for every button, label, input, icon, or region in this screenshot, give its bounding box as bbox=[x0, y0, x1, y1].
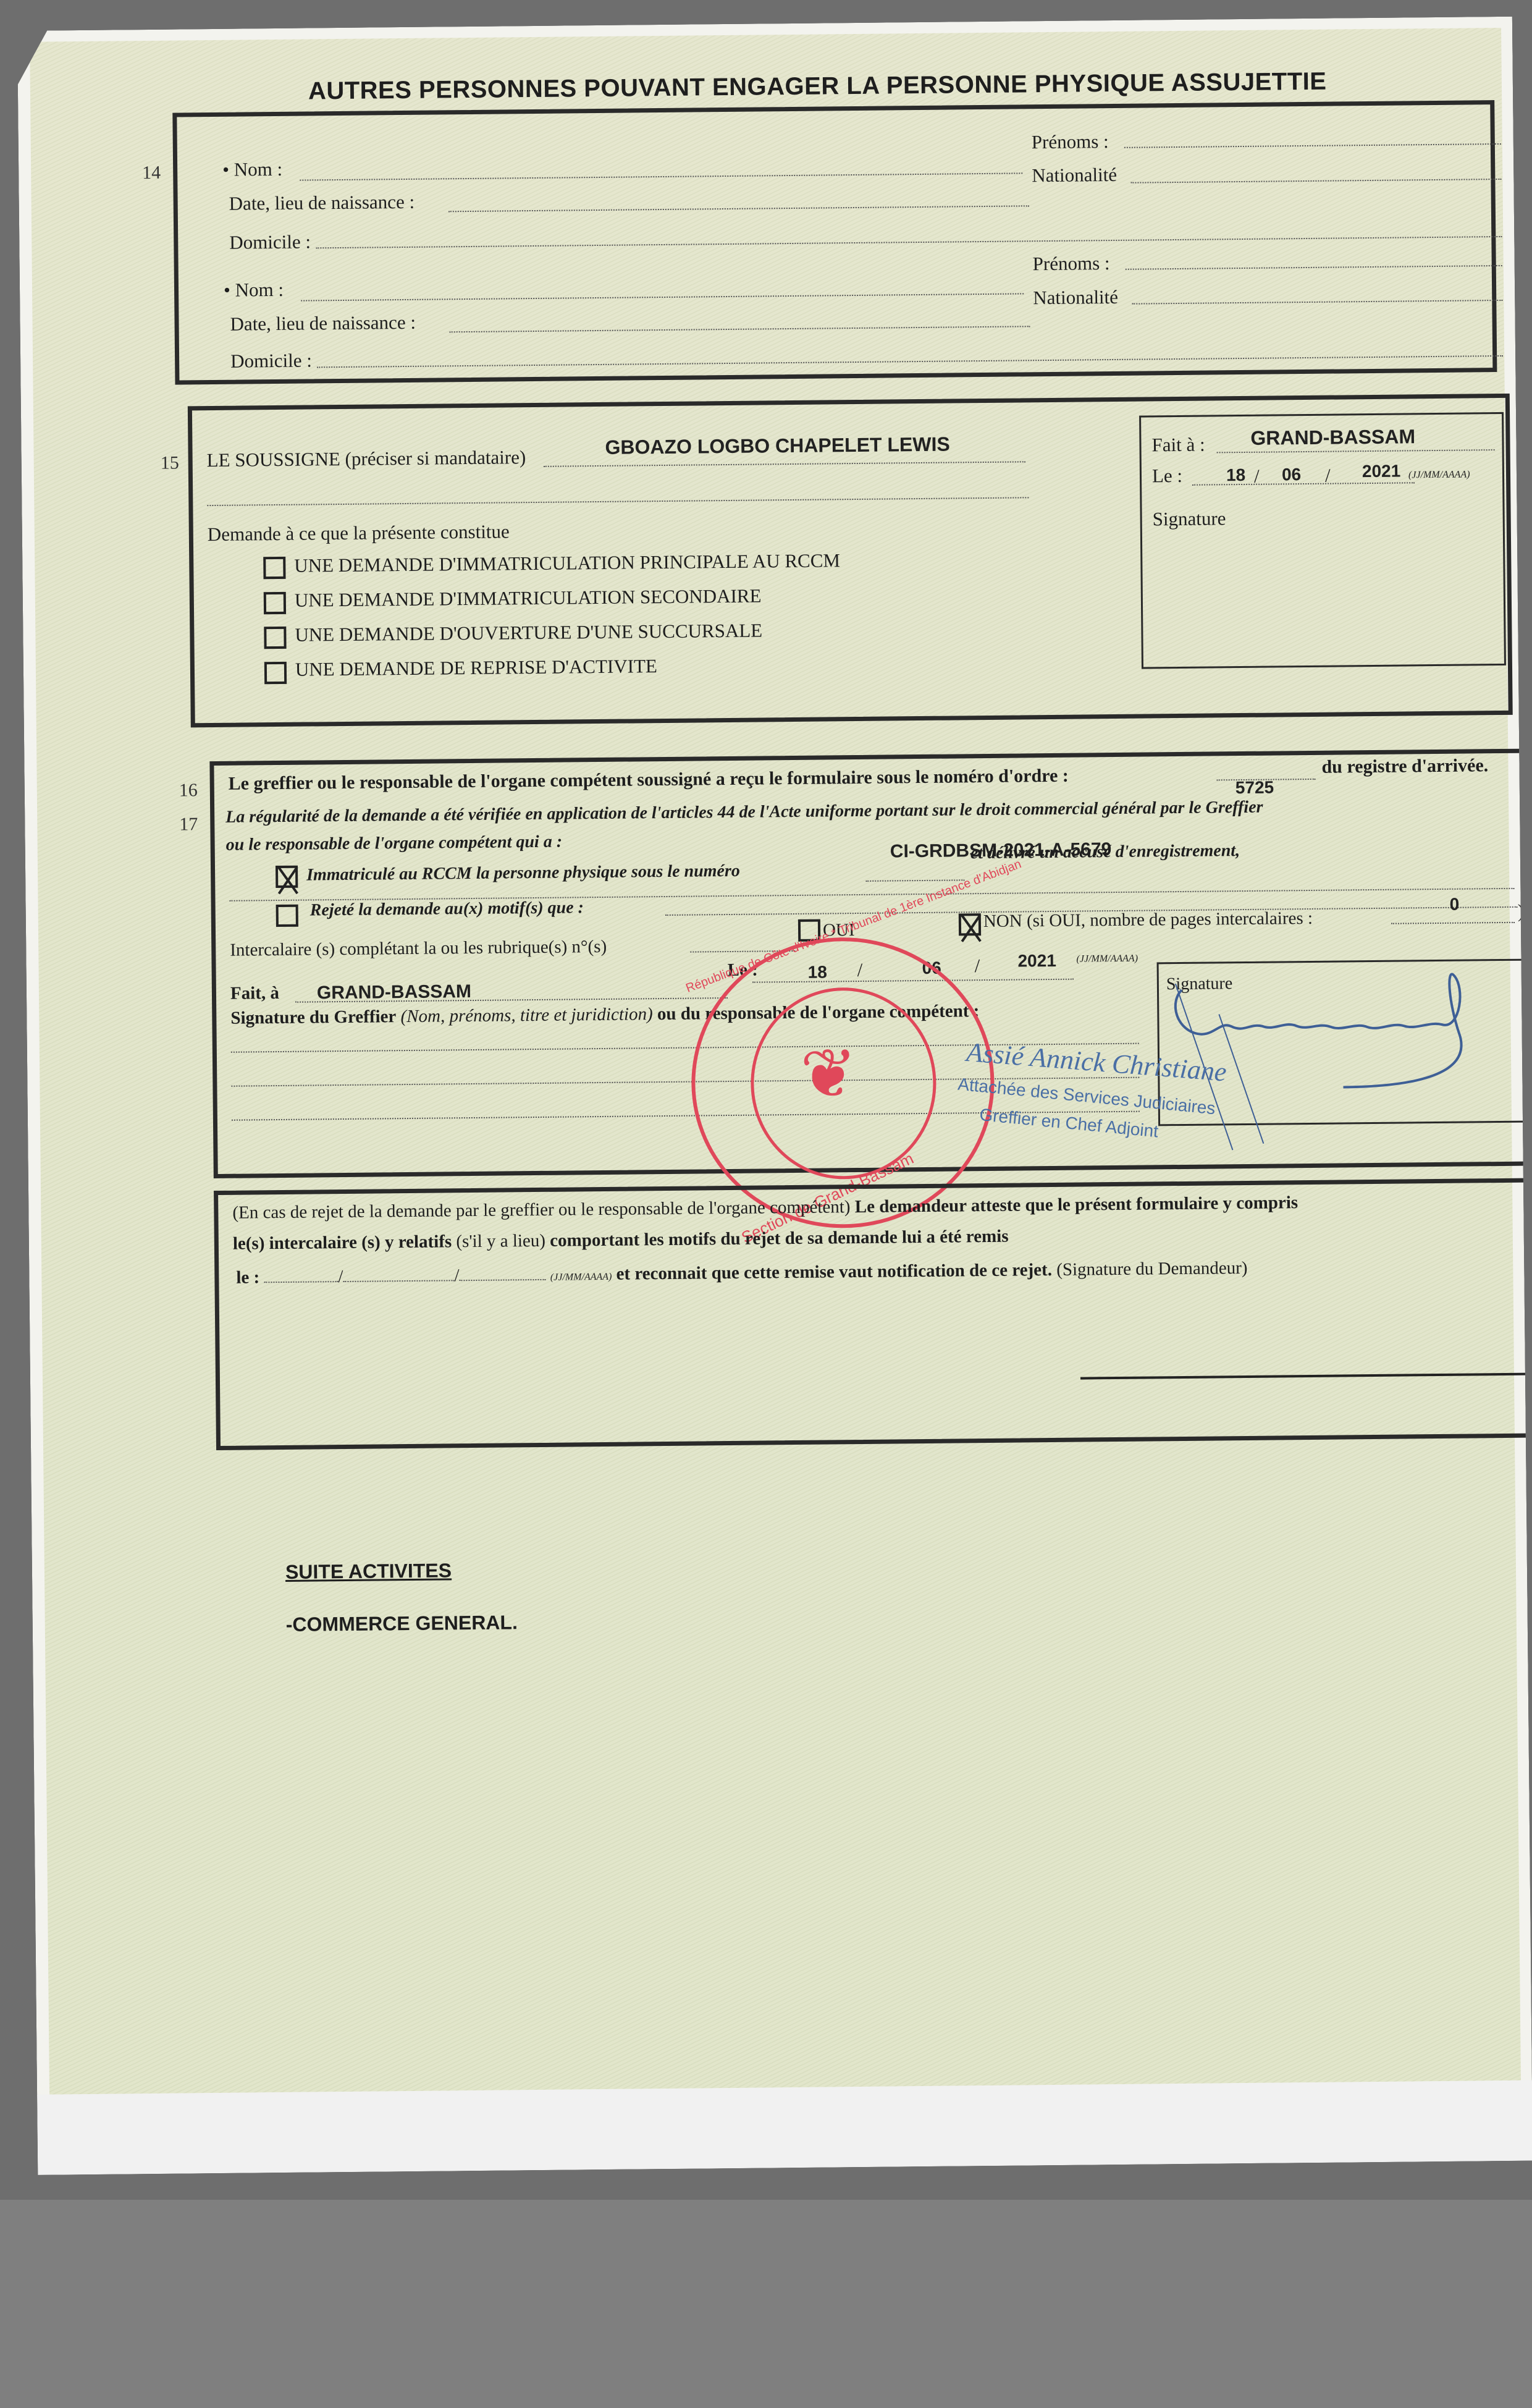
person-2-naissance-label: Date, lieu de naissance : bbox=[230, 311, 416, 336]
demande-label: Demande à ce que la présente constitue bbox=[208, 520, 510, 546]
elephant-emblem-icon: ❦ bbox=[800, 1034, 857, 1114]
section-16-text-after: du registre d'arrivée. bbox=[1321, 755, 1488, 778]
option-4-checkbox[interactable] bbox=[264, 662, 287, 684]
section-17-text-line2: ou le responsable de l'organe compétent … bbox=[226, 832, 563, 855]
rejection-date-label: le : bbox=[236, 1267, 259, 1287]
signature-label-15: Signature bbox=[1152, 507, 1226, 530]
rejection-line-1-bold: Le demandeur atteste que le présent form… bbox=[855, 1193, 1298, 1217]
person-2-domicile-label: Domicile : bbox=[230, 349, 312, 372]
date-17-format: (JJ/MM/AAAA) bbox=[1076, 953, 1138, 965]
person-2-nationalite-label: Nationalité bbox=[1033, 286, 1118, 309]
date-label: Le : bbox=[1152, 465, 1182, 487]
date-day: 18 bbox=[1226, 465, 1245, 485]
rejete-label: Rejeté la demande au(x) motif(s) que : bbox=[310, 898, 584, 920]
person-1-domicile-label: Domicile : bbox=[229, 230, 311, 253]
rejection-date-format: (JJ/MM/AAAA) bbox=[550, 1272, 612, 1283]
rejection-date-year[interactable] bbox=[460, 1279, 546, 1281]
greffier-label-bold: Signature du Greffier bbox=[230, 1007, 396, 1028]
date-17-year: 2021 bbox=[1017, 951, 1056, 971]
person-1-nationalite-label: Nationalité bbox=[1032, 164, 1117, 187]
non-label: NON (si OUI, nombre de pages intercalair… bbox=[983, 908, 1313, 932]
section-14-number: 14 bbox=[142, 163, 161, 184]
fait-a-value: GRAND-BASSAM bbox=[1250, 425, 1415, 450]
date-17-sep-2: / bbox=[974, 955, 980, 977]
soussigne-label: LE SOUSSIGNE (préciser si mandataire) bbox=[207, 446, 526, 471]
intercalaire-label: Intercalaire (s) complétant la ou les ru… bbox=[230, 937, 607, 961]
rejection-line-2-bold2: comportant les motifs du rejet de sa dem… bbox=[550, 1227, 1009, 1251]
order-number-value: 5725 bbox=[1235, 778, 1274, 798]
person-2-prenoms-label: Prénoms : bbox=[1033, 252, 1110, 275]
fait-a-17-label: Fait, à bbox=[230, 983, 279, 1004]
option-2-checkbox[interactable] bbox=[264, 592, 286, 614]
person-1-prenoms-label: Prénoms : bbox=[1032, 130, 1109, 153]
document-page: AUTRES PERSONNES POUVANT ENGAGER LA PERS… bbox=[17, 17, 1532, 2175]
non-checkbox[interactable] bbox=[959, 913, 981, 936]
date-year: 2021 bbox=[1362, 462, 1401, 482]
rejection-line-3-normal: (Signature du Demandeur) bbox=[1056, 1258, 1248, 1280]
soussigne-value: GBOAZO LOGBO CHAPELET LEWIS bbox=[605, 433, 950, 459]
date-sep-1: / bbox=[1254, 465, 1260, 488]
rejection-date-sep-2: / bbox=[454, 1265, 459, 1285]
rejete-checkbox[interactable] bbox=[276, 905, 298, 927]
option-4-label: UNE DEMANDE DE REPRISE D'ACTIVITE bbox=[295, 655, 657, 681]
person-1-nom-label: • Nom : bbox=[222, 158, 282, 181]
rejection-line-2-bold: le(s) intercalaire (s) y relatifs bbox=[233, 1231, 452, 1253]
fait-a-label: Fait à : bbox=[1151, 434, 1205, 457]
fait-a-17-value: GRAND-BASSAM bbox=[317, 981, 471, 1003]
greffier-label-ital: (Nom, prénoms, titre et juridiction) bbox=[400, 1004, 652, 1026]
rejection-line-3-bold: et reconnait que cette remise vaut notif… bbox=[616, 1260, 1052, 1284]
option-3-checkbox[interactable] bbox=[264, 627, 286, 649]
page-bottom-margin bbox=[37, 2081, 1532, 2175]
section-17-number: 17 bbox=[179, 814, 198, 835]
activities-heading: SUITE ACTIVITES bbox=[285, 1559, 452, 1584]
rejection-date-day[interactable] bbox=[264, 1281, 339, 1283]
option-2-label: UNE DEMANDE D'IMMATRICULATION SECONDAIRE bbox=[295, 585, 762, 611]
date-month: 06 bbox=[1282, 465, 1301, 484]
person-1-naissance-label: Date, lieu de naissance : bbox=[229, 191, 415, 215]
person-2-nom-label: • Nom : bbox=[224, 279, 284, 302]
activity-item: -COMMERCE GENERAL. bbox=[286, 1611, 518, 1636]
option-1-checkbox[interactable] bbox=[263, 557, 285, 579]
section-15-number: 15 bbox=[161, 453, 179, 474]
rejection-date-sep-1: / bbox=[338, 1267, 343, 1286]
immatricule-checkbox[interactable] bbox=[276, 866, 298, 888]
option-3-label: UNE DEMANDE D'OUVERTURE D'UNE SUCCURSALE bbox=[295, 619, 762, 646]
rejection-date-month[interactable] bbox=[343, 1280, 455, 1282]
section-16-number: 16 bbox=[179, 780, 198, 801]
date-sep-2: / bbox=[1325, 465, 1331, 487]
immatricule-label: Immatriculé au RCCM la personne physique… bbox=[306, 861, 740, 885]
pages-intercalaires-value: 0 bbox=[1450, 895, 1460, 915]
date-format: (JJ/MM/AAAA) bbox=[1408, 469, 1470, 481]
rejection-line-2-normal: (s'il y a lieu) bbox=[456, 1231, 545, 1251]
